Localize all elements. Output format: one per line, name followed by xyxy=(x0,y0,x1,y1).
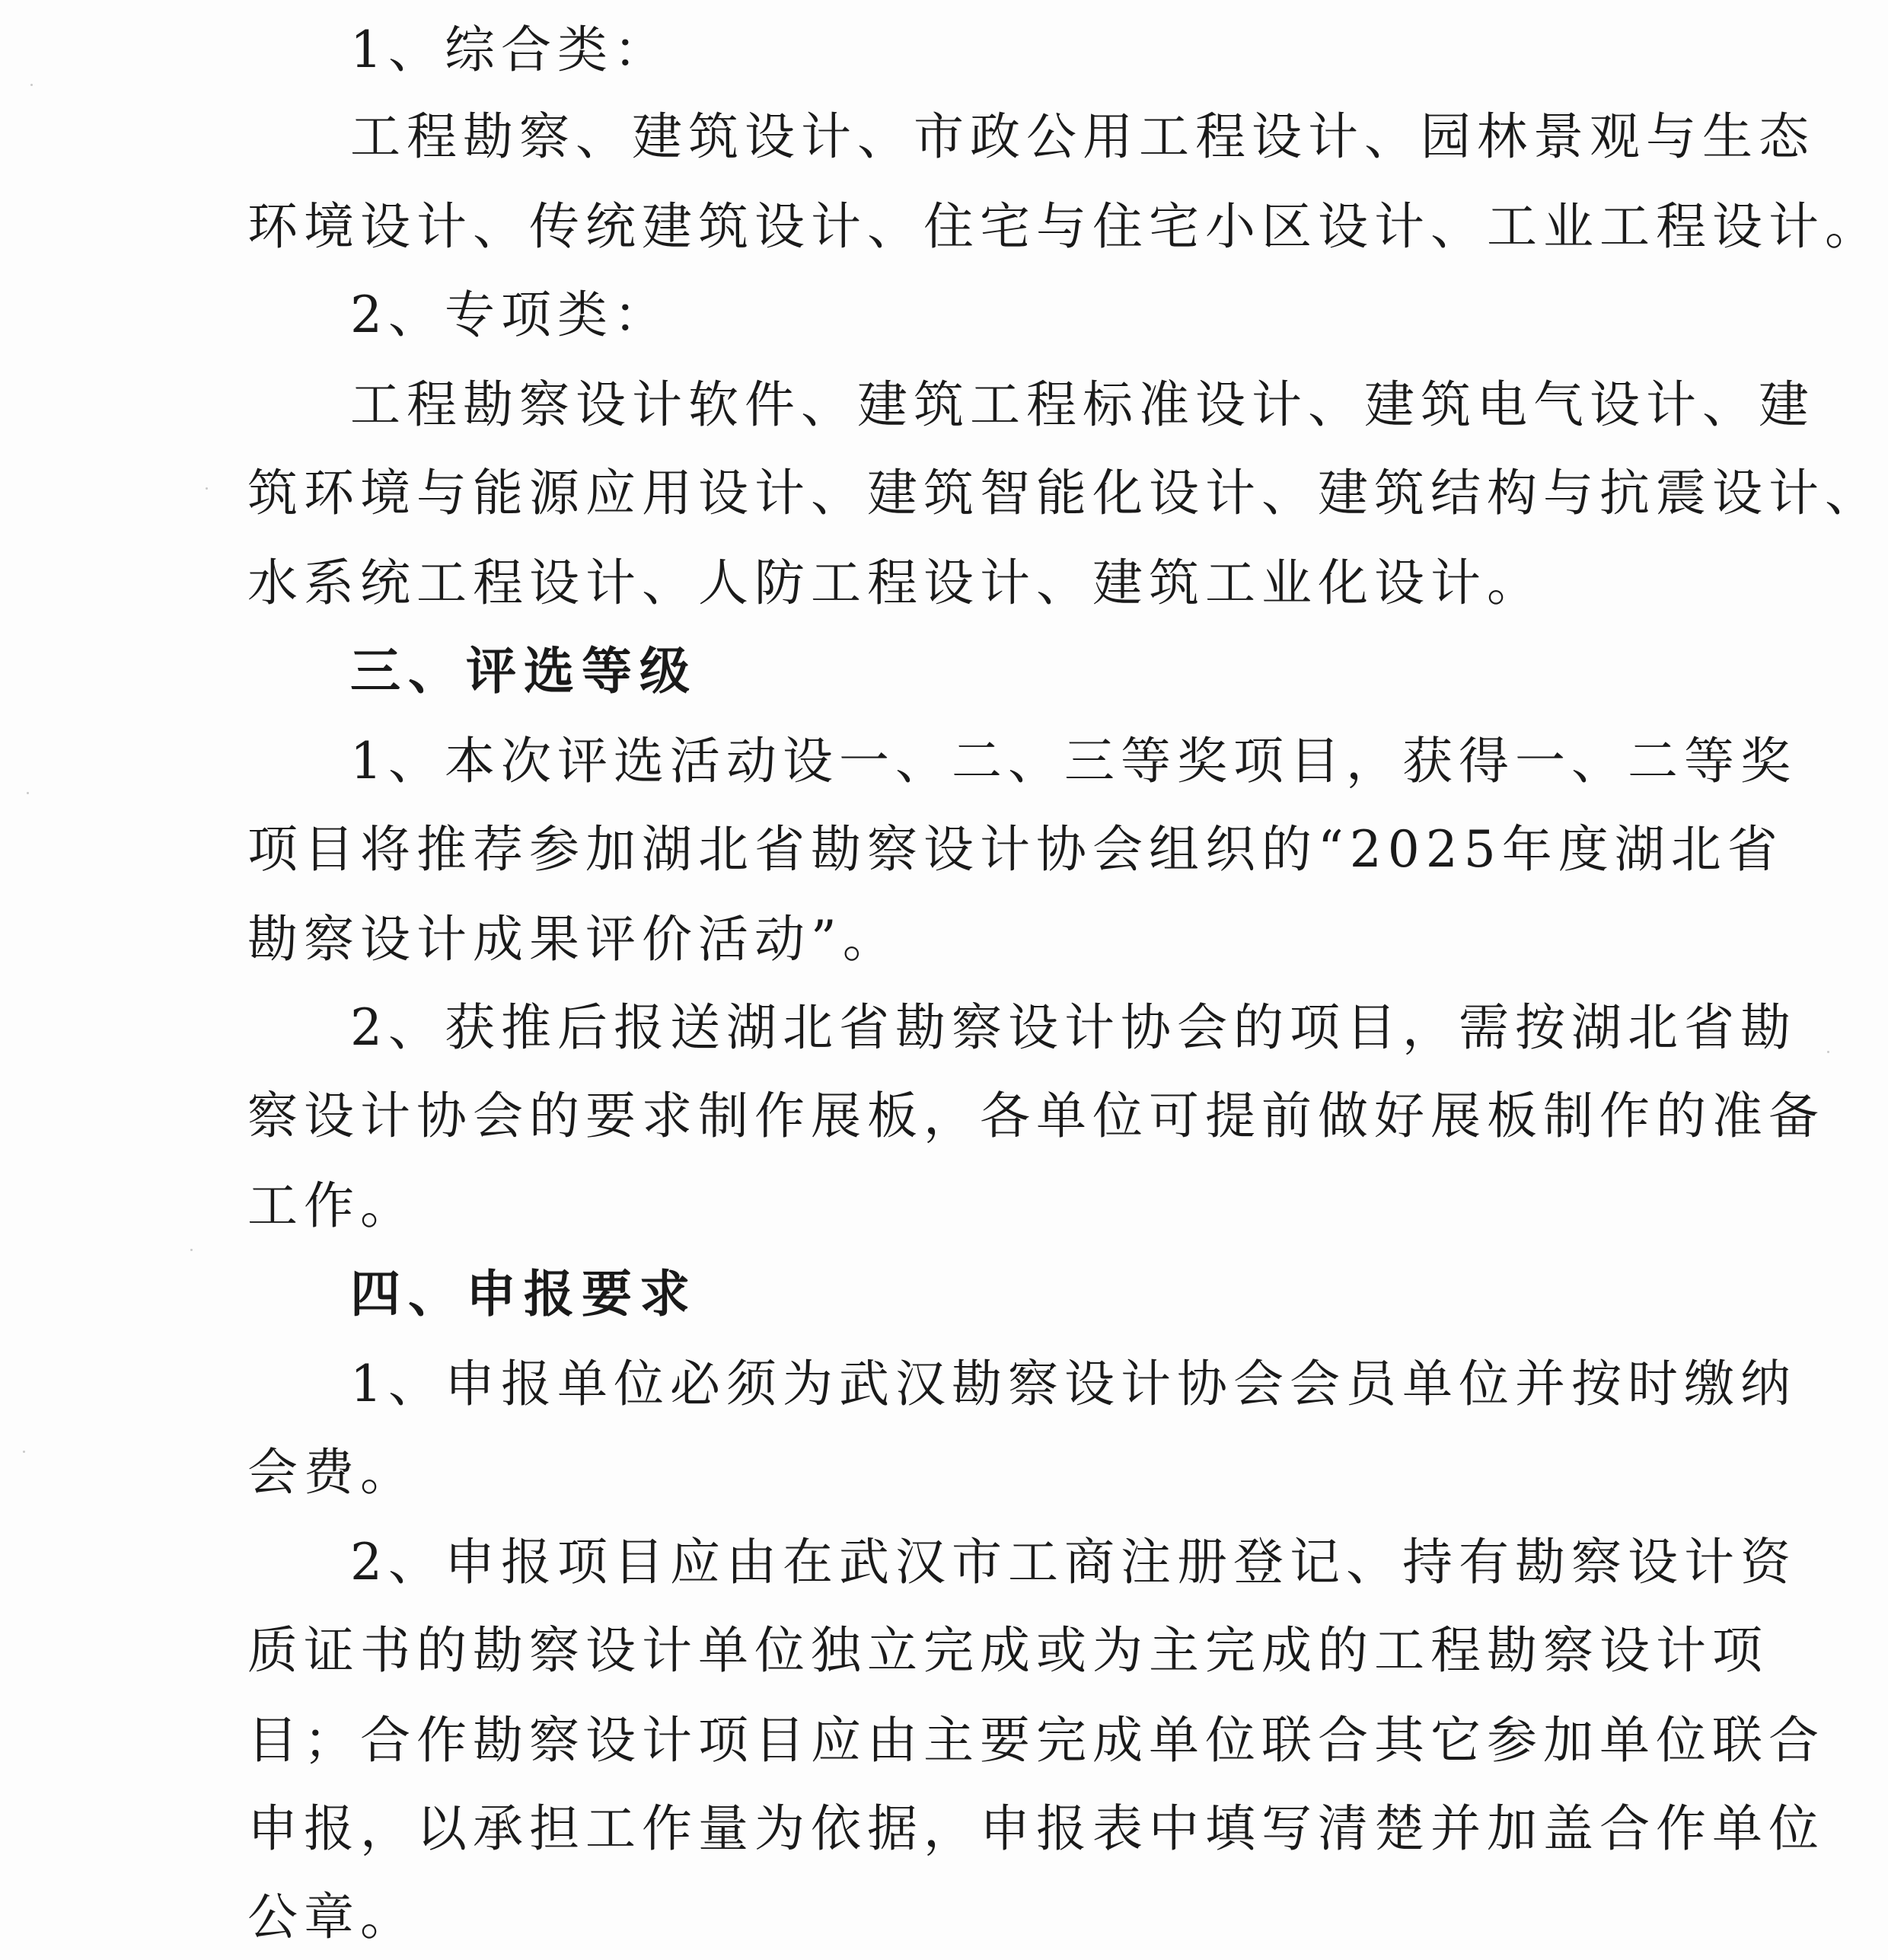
subsection-heading-comprehensive: 1、综合类： xyxy=(350,5,1656,96)
scan-speck xyxy=(27,792,29,794)
paragraph-line: 质证书的勘察设计单位独立完成或为主完成的工程勘察设计项 xyxy=(247,1605,1656,1697)
paragraph-line: 1、申报单位必须为武汉勘察设计协会会员单位并按时缴纳 xyxy=(350,1339,1656,1430)
subsection-heading-special: 2、专项类： xyxy=(350,270,1656,361)
paragraph-line: 水系统工程设计、人防工程设计、建筑工业化设计。 xyxy=(247,538,1656,629)
paragraph-line: 工程勘察、建筑设计、市政公用工程设计、园林景观与生态 xyxy=(350,91,1656,183)
paragraph-line: 申报，以承担工作量为依据，申报表中填写清楚并加盖合作单位 xyxy=(247,1783,1656,1875)
paragraph-line: 工程勘察设计软件、建筑工程标准设计、建筑电气设计、建 xyxy=(350,359,1656,451)
scan-speck xyxy=(23,1451,25,1453)
section-heading-award-levels: 三、评选等级 xyxy=(350,626,1656,717)
paragraph-line: 目；合作勘察设计项目应由主要完成单位联合其它参加单位联合 xyxy=(247,1695,1656,1786)
paragraph-line: 2、申报项目应由在武汉市工商注册登记、持有勘察设计资 xyxy=(350,1517,1656,1608)
paragraph-line: 环境设计、传统建筑设计、住宅与住宅小区设计、工业工程设计。 xyxy=(247,181,1656,273)
scan-speck xyxy=(30,84,33,86)
paragraph-line: 筑环境与能源应用设计、建筑智能化设计、建筑结构与抗震设计、 xyxy=(247,448,1656,539)
scan-speck xyxy=(190,1249,193,1251)
paragraph-line: 会费。 xyxy=(247,1427,1656,1518)
paragraph-line: 1、本次评选活动设一、二、三等奖项目，获得一、二等奖 xyxy=(350,716,1656,807)
scanned-document-page: 1、综合类： 工程勘察、建筑设计、市政公用工程设计、园林景观与生态 环境设计、传… xyxy=(0,0,1888,1960)
paragraph-line: 察设计协会的要求制作展板，各单位可提前做好展板制作的准备 xyxy=(247,1071,1656,1162)
paragraph-line: 工作。 xyxy=(247,1160,1656,1252)
paragraph-line: 公章。 xyxy=(247,1872,1656,1960)
paragraph-line: 勘察设计成果评价活动”。 xyxy=(247,894,1656,985)
scan-speck xyxy=(206,487,208,490)
paragraph-line: 项目将推荐参加湖北省勘察设计协会组织的“2025年度湖北省 xyxy=(247,804,1656,895)
paragraph-line: 2、获推后报送湖北省勘察设计协会的项目，需按湖北省勘 xyxy=(350,982,1656,1074)
section-heading-requirements: 四、申报要求 xyxy=(350,1249,1656,1340)
scan-speck xyxy=(1827,1051,1829,1053)
